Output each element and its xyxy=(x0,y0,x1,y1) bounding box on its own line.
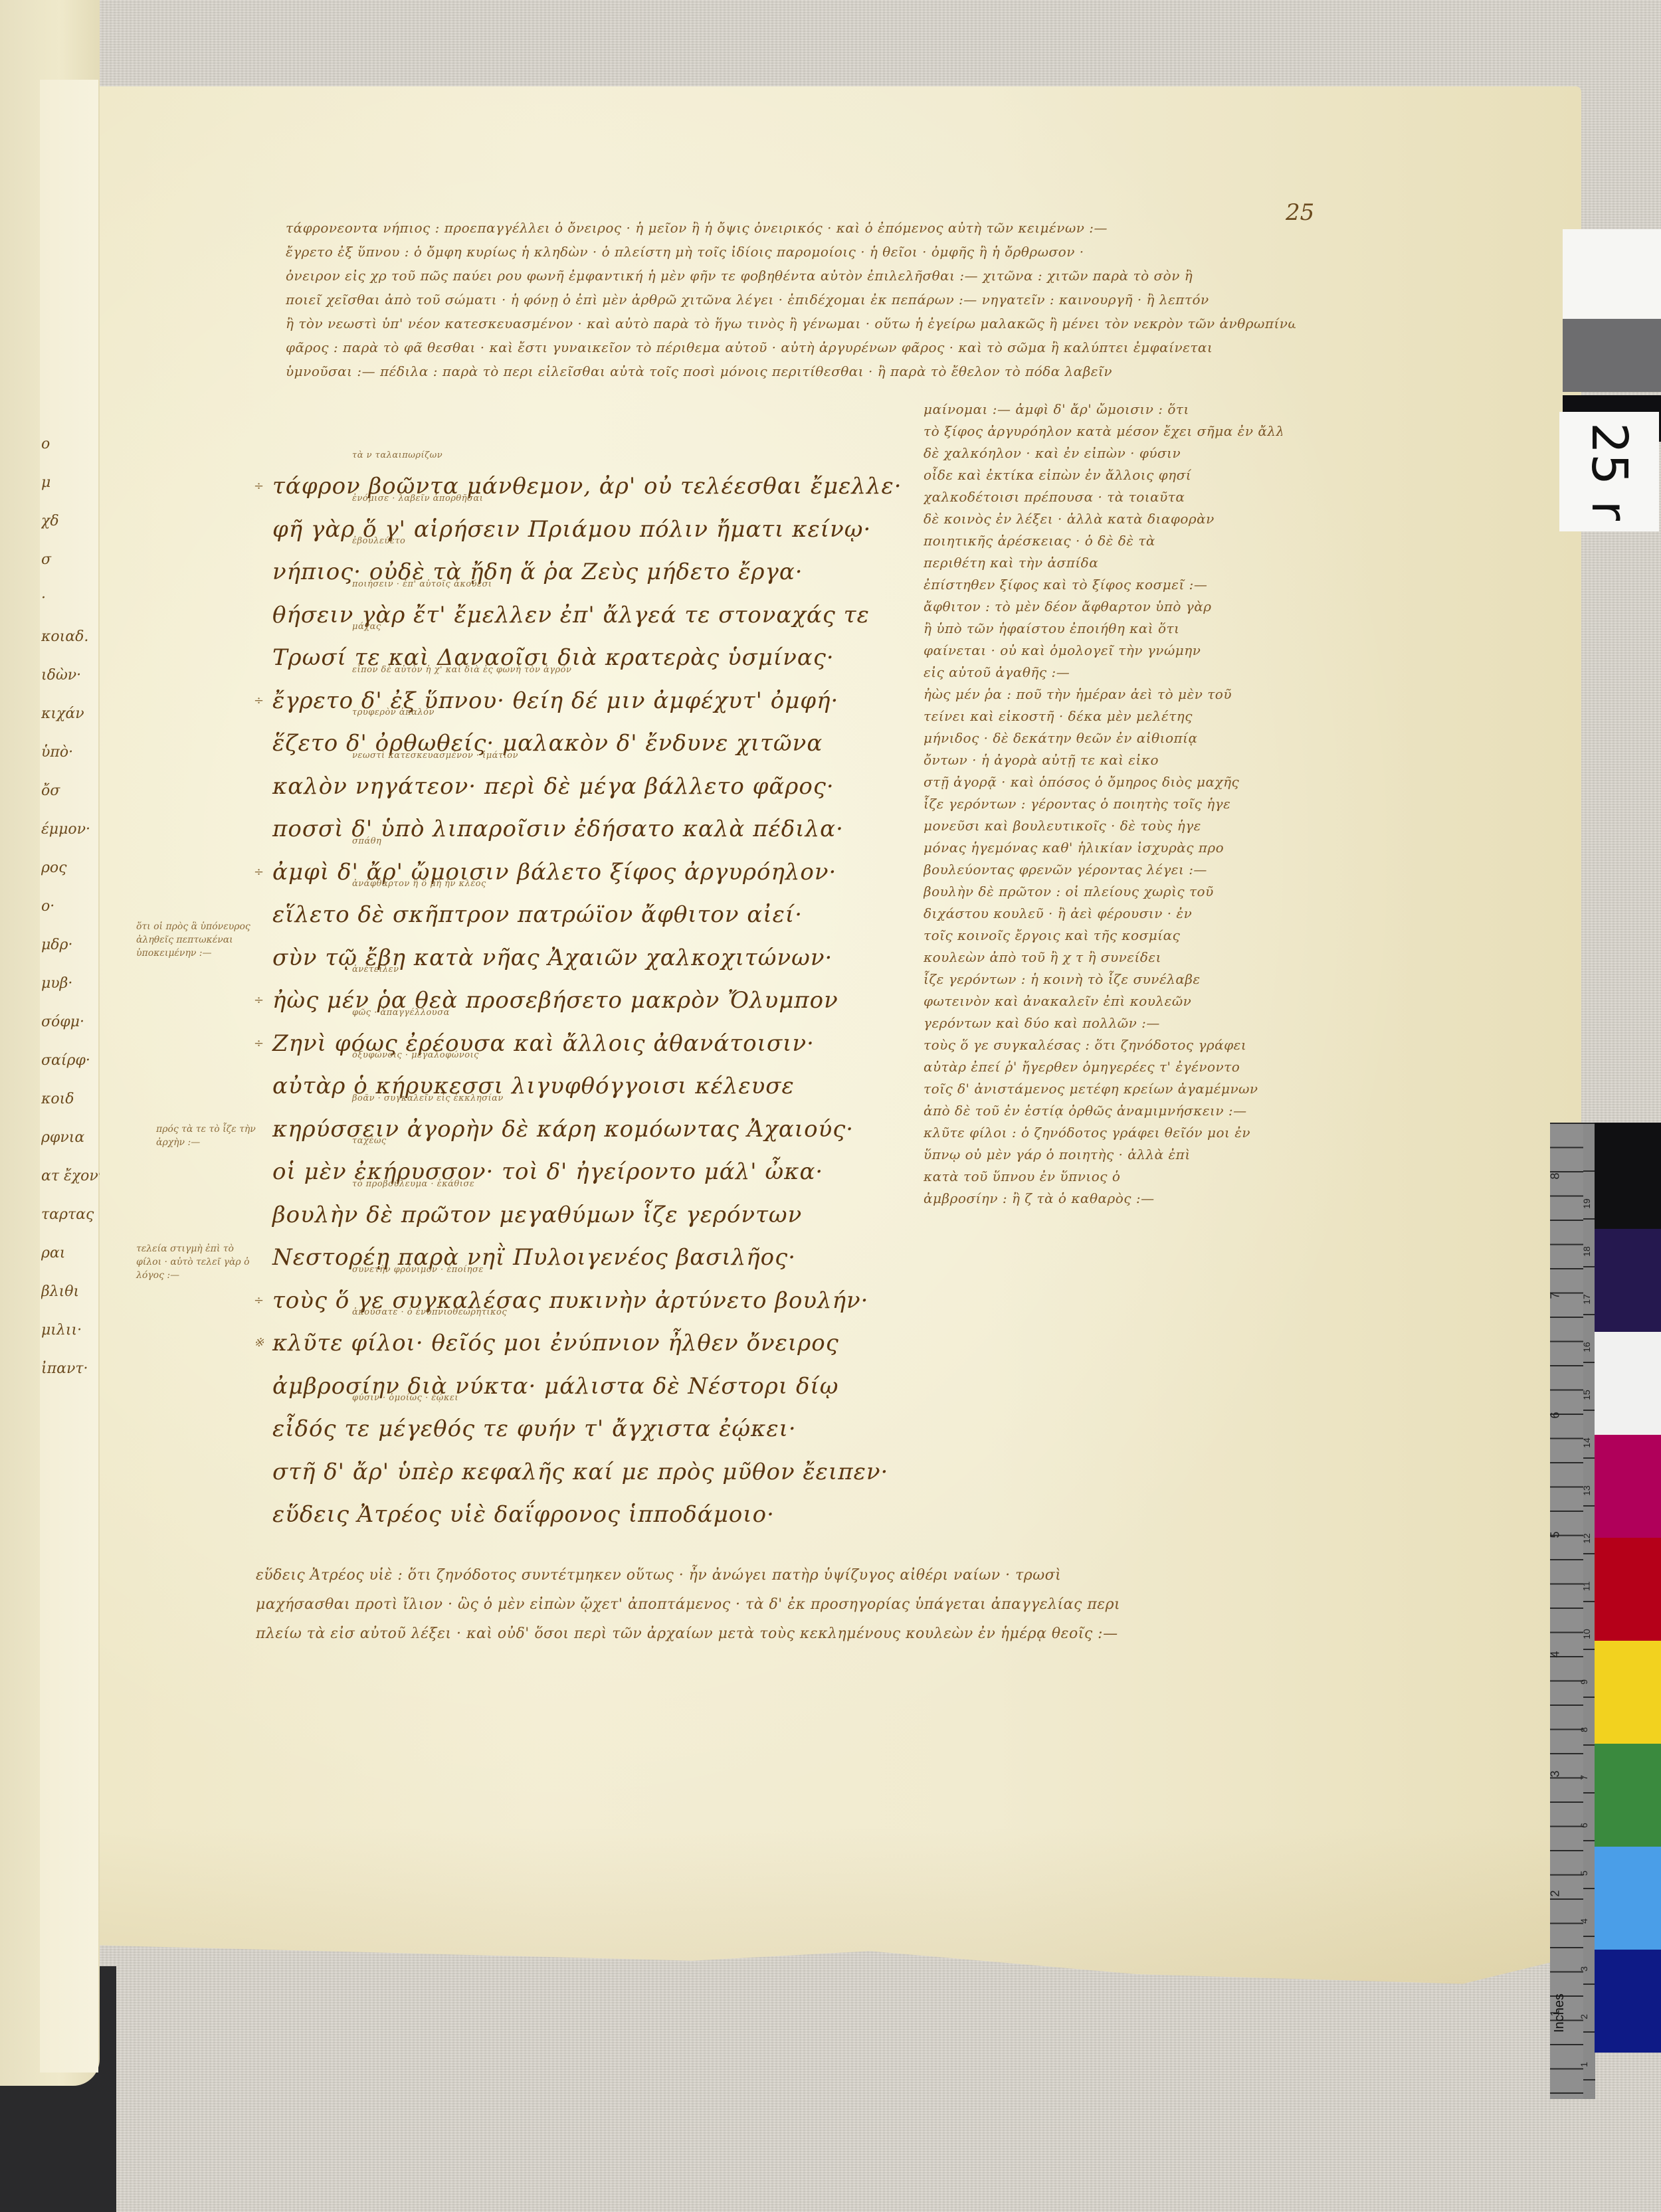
ruler-inch-label: 3 xyxy=(1549,1770,1563,1777)
scholion-line: εὕδεις Ἀτρέος υἱὲ : ὅτι ζηνόδοτος συντέτ… xyxy=(256,1561,1299,1590)
facing-page-fragment: ραι xyxy=(41,1234,101,1273)
color-target-top xyxy=(1563,229,1661,442)
scholion-line: μήνιδος · δὲ δεκάτην θεῶν ἐν αἰθιοπίᾳ xyxy=(924,727,1282,749)
verse-text: εἵλετο δὲ σκῆπτρον πατρώϊον ἄφθιτον αἰεί… xyxy=(272,901,803,928)
ruler-cm-label: 19 xyxy=(1581,1198,1592,1209)
scholion-line: φωτεινὸν καὶ ἀνακαλεῖν ἐπὶ κουλεῶν xyxy=(924,990,1282,1012)
color-patch-purple xyxy=(1595,1229,1661,1332)
color-patch-red xyxy=(1595,1538,1661,1641)
scholion-line: μαίνομαι :— ἀμφὶ δ' ἄρ' ὤμοισιν : ὅτι xyxy=(924,399,1282,420)
scholion-line: ἢ τὸν νεωστὶ ὑπ' νέον κατεσκευασμένον · … xyxy=(286,312,1296,335)
facing-page-fragment: ο· xyxy=(41,887,101,926)
interlinear-gloss: ὀξυφώνοις · μεγαλοφώνοις xyxy=(352,1050,479,1061)
facing-page-fragment: ρος xyxy=(41,849,101,887)
scholion-line: φᾶρος : παρὰ τὸ φᾶ θεσθαι · καὶ ἔστι γυν… xyxy=(286,335,1296,359)
verse-line: στῆ δ' ἄρ' ὑπὲρ κεφαλῆς καί με πρὸς μῦθο… xyxy=(272,1451,924,1494)
color-target-bottom xyxy=(1595,1123,1661,2053)
ruler-cm-label: 10 xyxy=(1581,1629,1592,1639)
facing-page-fragment: ὑπὸ· xyxy=(41,733,101,772)
facing-page-fragment: μιλιι· xyxy=(41,1311,101,1350)
scholion-line: βουλεύοντας φρενῶν γέροντας λέγει :— xyxy=(924,859,1282,881)
margin-note-1: ὅτι οἱ πρὸς ἃ ὑπόνευρος ἀληθεῖς πεπτωκέν… xyxy=(136,920,262,960)
color-patch-blue xyxy=(1595,1950,1661,2053)
verse-text: καλὸν νηγάτεον· περὶ δὲ μέγα βάλλετο φᾶρ… xyxy=(272,773,834,800)
ruler-cm-label: 18 xyxy=(1581,1246,1592,1257)
scholion-line: τάφρονεοντα νήπιος : προεπαγγέλλει ὁ ὄνε… xyxy=(286,216,1296,240)
homeric-text-block: τάφρον βοῶντα μάνθεμον, ἀρ' οὐ τελέεσθαι… xyxy=(272,465,924,1536)
verse-text: κλῦτε φίλοι· θεῖός μοι ἐνύπνιον ἦλθεν ὄν… xyxy=(272,1330,839,1356)
interlinear-gloss: φύσιν · ὁμοίως · ἐῴκει xyxy=(352,1393,458,1404)
scholion-line: φαίνεται · οὐ καὶ ὁμολογεῖ τὴν γνώμην xyxy=(924,640,1282,662)
ruler-inch-label: 8 xyxy=(1549,1172,1563,1179)
scholion-line: ἷζε γερόντων : γέροντας ὁ ποιητὴς τοῖς ἡ… xyxy=(924,793,1282,815)
facing-page-fragment: βλιθι xyxy=(41,1273,101,1311)
critical-sign-icon: ÷ xyxy=(254,851,264,893)
scholion-line: πλείω τὰ εἰσ αὐτοῦ λέξει · καὶ οὐδ' ὅσοι… xyxy=(256,1619,1299,1649)
facing-page-fragment: έμμον· xyxy=(41,810,101,849)
interlinear-gloss: ἀνέτειλεν xyxy=(352,965,399,975)
color-patch-magenta xyxy=(1595,1435,1661,1538)
scholion-line: τοῖς κοινοῖς ἔργοις καὶ τῆς κοσμίας xyxy=(924,925,1282,947)
interlinear-gloss: ἀνάφθαρτον ἢ ὃ μὴ ἦν κλέος xyxy=(352,879,486,889)
verse-text: αὐτὰρ ὁ κήρυκεσσι λιγυφθόγγοισι κέλευσε xyxy=(272,1073,795,1099)
ruler-cm-label: 17 xyxy=(1581,1294,1592,1305)
scholion-line: ἷζε γερόντων : ἡ κοινὴ τὸ ἷζε συνέλαβε xyxy=(924,968,1282,990)
facing-page-fragment: ταρτας xyxy=(41,1196,101,1234)
facing-page-fragment: ιδὼν· xyxy=(41,656,101,695)
interlinear-gloss: ποιήσειν · ἐπ' αὐτοῖς ἀκούεσι xyxy=(352,579,492,590)
critical-sign-icon: ÷ xyxy=(254,979,264,1022)
scholion-line: μόνας ἡγεμόνας καθ' ἡλικίαν ἰσχυρὰς προ xyxy=(924,837,1282,859)
facing-page-text-fragments: ομχδσ·κοιαδ.ιδὼν·κιχάνὑπὸ·ὄσέμμον·ροςο·μ… xyxy=(41,425,101,1388)
ruler-cm-label: 5 xyxy=(1579,1871,1589,1876)
scholion-line: κλῦτε φίλοι : ὁ ζηνόδοτος γράφει θεῖόν μ… xyxy=(924,1122,1282,1144)
color-patch-gray xyxy=(1563,319,1661,392)
color-patch-black xyxy=(1595,1123,1661,1229)
verse-line: εἵλετο δὲ σκῆπτρον πατρώϊον ἄφθιτον αἰεί… xyxy=(272,893,924,937)
interlinear-gloss: φῶς · ἀπαγγέλλουσα xyxy=(352,1008,450,1018)
verse-text: Νεστορέῃ παρὰ νηῒ Πυλοιγενέος βασιλῆος· xyxy=(272,1244,796,1271)
verse-line: βουλὴν δὲ πρῶτον μεγαθύμων ἷζε γερόντωντ… xyxy=(272,1194,924,1237)
facing-page-fragment: ρφνια xyxy=(41,1119,101,1157)
verse-text: εὕδεις Ἀτρέος υἱὲ δαΐφρονος ἱπποδάμοιο· xyxy=(272,1501,775,1528)
margin-note-2: πρός τὰ τε τὸ ἷζε τὴν ἀρχὴν :— xyxy=(156,1123,269,1149)
facing-page-fragment: ο xyxy=(41,425,101,464)
scholion-line: δὲ χαλκόηλον · καὶ ἐν εἰπὼν · φύσιν xyxy=(924,442,1282,464)
scholion-line: τείνει καὶ εἰκοστῆ · δέκα μὲν μελέτης xyxy=(924,705,1282,727)
ruler-cm-label: 7 xyxy=(1579,1775,1589,1780)
scholion-line: μαχήσασθαι προτὶ ἴλιον · ὣς ὁ μὲν εἰπὼν … xyxy=(256,1590,1299,1619)
facing-page-fragment: ἰπαντ· xyxy=(41,1350,101,1388)
interlinear-gloss: τὸ προβούλευμα · ἐκάθισε xyxy=(352,1179,474,1190)
scholion-line: κουλεὼν ἀπὸ τοῦ ἢ χ τ ἢ συνείδει xyxy=(924,947,1282,968)
interlinear-gloss: συνετὴν φρόνιμον · ἐποίησε xyxy=(352,1265,484,1275)
verse-line: εἶδός τε μέγεθός τε φυήν τ' ἄγχιστα ἐῴκε… xyxy=(272,1408,924,1451)
facing-page-fragment: · xyxy=(41,579,101,618)
ruler-inch-label: 4 xyxy=(1549,1651,1563,1657)
facing-page-fragment: μ xyxy=(41,464,101,502)
facing-page-fragment: ὄσ xyxy=(41,772,101,810)
facing-page-fragment: μυβ· xyxy=(41,965,101,1003)
scholion-line: ὄντων · ἡ ἀγορὰ αὐτῇ τε καὶ εἰκο xyxy=(924,749,1282,771)
ruler-cm-label: 8 xyxy=(1579,1727,1589,1732)
scholion-line: διχάστου κουλεῦ · ἢ ἀεὶ φέρουσιν · ἐν xyxy=(924,903,1282,925)
critical-sign-icon: ÷ xyxy=(254,1022,264,1065)
scholion-line: ἄφθιτον : τὸ μὲν δέον ἄφθαρτον ὑπὸ γὰρ xyxy=(924,596,1282,618)
facing-page-fragment: κιχάν xyxy=(41,695,101,733)
ruler-cm-label: 3 xyxy=(1579,1966,1589,1972)
critical-sign-icon: ÷ xyxy=(254,465,264,507)
ruler-cm-label: 4 xyxy=(1579,1918,1589,1924)
scholia-bottom-block: εὕδεις Ἀτρέος υἱὲ : ὅτι ζηνόδοτος συντέτ… xyxy=(256,1561,1299,1649)
scholion-line: τὸ ξίφος ἀργυρόηλον κατὰ μέσον ἔχει σῆμα… xyxy=(924,420,1282,442)
interlinear-gloss: ταχέως xyxy=(352,1136,387,1147)
color-patch-white xyxy=(1563,229,1661,319)
ruler-inch-label: 1 xyxy=(1549,2009,1563,2016)
ruler-cm-label: 14 xyxy=(1581,1437,1592,1448)
color-patch-green xyxy=(1595,1744,1661,1847)
scholion-line: ἀπὸ δὲ τοῦ ἐν ἑστίᾳ ὀρθῶς ἀναμιμνήσκειν … xyxy=(924,1100,1282,1122)
scholion-line: ἢ ὑπὸ τῶν ἡφαίστου ἐποιήθη καὶ ὅτι xyxy=(924,618,1282,640)
interlinear-gloss: σπάθη xyxy=(352,836,381,847)
ruler-cm-label: 2 xyxy=(1579,2014,1589,2019)
scholion-line: ὑμνοῦσαι :— πέδιλα : παρὰ τὸ περι εἰλεῖσ… xyxy=(286,359,1296,383)
interlinear-gloss: βοᾶν · συγκαλεῖν εἰς ἐκκλησίαν xyxy=(352,1093,504,1104)
scholion-line: χαλκοδέτοισι πρέπουσα · τὰ τοιαῦτα xyxy=(924,486,1282,508)
ruler-cm-label: 6 xyxy=(1579,1823,1589,1828)
ruler-inch-label: 7 xyxy=(1549,1292,1563,1299)
scholion-line: βουλὴν δὲ πρῶτον : οἱ πλείους χωρὶς τοῦ xyxy=(924,881,1282,903)
ruler-inch-label: 5 xyxy=(1549,1531,1563,1538)
scholion-line: τοῖς δ' ἀνιστάμενος μετέφη κρείων ἀγαμέμ… xyxy=(924,1078,1282,1100)
interlinear-gloss: ἐνόμισε · λαβεῖν ἀπορθῆσαι xyxy=(352,494,483,504)
scholion-line: εἰς αὐτοῦ ἀγαθῆς :— xyxy=(924,662,1282,684)
interlinear-gloss: μάχας xyxy=(352,622,381,632)
scholion-line: στῇ ἀγορᾷ · καὶ ὁπόσος ὁ ὄμηρος διὸς μαχ… xyxy=(924,771,1282,793)
ruler-cm-label: 11 xyxy=(1581,1582,1591,1592)
folio-label-card: 25 r xyxy=(1559,412,1659,531)
scholion-line: ἀμβροσίην : ἢ ζ τὰ ὁ καθαρὸς :— xyxy=(924,1188,1282,1210)
ruler-cm-label: 9 xyxy=(1579,1679,1589,1685)
facing-page-fragment: κοιαδ. xyxy=(41,618,101,656)
verse-text: βουλὴν δὲ πρῶτον μεγαθύμων ἷζε γερόντων xyxy=(272,1202,802,1228)
scholion-line: κατὰ τοῦ ὕπνου ἐν ὕπνιος ὁ xyxy=(924,1166,1282,1188)
interlinear-gloss: ἀκούσατε · ὁ ἐνυπνιοθεωρητικὸς xyxy=(352,1307,507,1318)
interlinear-gloss: ἐβουλεύετο xyxy=(352,536,405,547)
scholion-line: ἠὼς μέν ῥα : ποῦ τὴν ἡμέραν ἀεὶ τὸ μὲν τ… xyxy=(924,684,1282,705)
inch-ruler xyxy=(1550,1123,1583,2099)
scholion-line: ὀνειρον εἰς χρ τοῦ πῶς παύει ρου φωνῆ ἐμ… xyxy=(286,264,1296,288)
scholion-line: μονεῦσι καὶ βουλευτικοῖς · δὲ τοὺς ἡγε xyxy=(924,815,1282,837)
folio-label: 25 r xyxy=(1581,422,1638,521)
critical-sign-icon: ÷ xyxy=(254,680,264,722)
color-patch-yellow xyxy=(1595,1641,1661,1744)
scholion-line: ὕπνῳ οὐ μὲν γάρ ὁ ποιητὴς · ἀλλὰ ἐπὶ xyxy=(924,1144,1282,1166)
facing-page-fragment: χδ xyxy=(41,502,101,541)
facing-page-fragment: σόφμ· xyxy=(41,1003,101,1042)
verse-text: εἶδός τε μέγεθός τε φυήν τ' ἄγχιστα ἐῴκε… xyxy=(272,1416,797,1442)
scholion-line: ποιητικῆς ἀρέσκειας · ὁ δὲ δὲ τὰ xyxy=(924,530,1282,552)
verse-line: καλὸν νηγάτεον· περὶ δὲ μέγα βάλλετο φᾶρ… xyxy=(272,765,924,808)
scholion-line: γερόντων καὶ δύο καὶ πολλῶν :— xyxy=(924,1012,1282,1034)
scholion-line: ποιεῖ χεῖσθαι ἀπὸ τοῦ σώματι · ἡ φόνῃ ὁ … xyxy=(286,288,1296,312)
ruler-inch-label: 6 xyxy=(1549,1412,1563,1418)
scholia-top-block: τάφρονεοντα νήπιος : προεπαγγέλλει ὁ ὄνε… xyxy=(286,216,1296,383)
verse-text: στῆ δ' ἄρ' ὑπὲρ κεφαλῆς καί με πρὸς μῦθο… xyxy=(272,1459,888,1485)
critical-sign-icon: ÷ xyxy=(254,1279,264,1322)
verse-line: κλῦτε φίλοι· θεῖός μοι ἐνύπνιον ἦλθεν ὄν… xyxy=(272,1322,924,1365)
ruler-cm-label: 13 xyxy=(1581,1485,1592,1496)
ruler-cm-label: 1 xyxy=(1579,2062,1589,2067)
scholion-line: αὐτὰρ ἐπεί ῥ' ἤγερθεν ὁμηγερέες τ' ἐγένο… xyxy=(924,1056,1282,1078)
interlinear-gloss: νεωστὶ κατεσκευασμένον · ἱμάτιον xyxy=(352,751,518,761)
verse-line: εὕδεις Ἀτρέος υἱὲ δαΐφρονος ἱπποδάμοιο· xyxy=(272,1493,924,1536)
scholion-line: περιθέτη καὶ τὴν ἀσπίδα xyxy=(924,552,1282,574)
scholion-line: τοὺς ὅ γε συγκαλέσας : ὅτι ζηνόδοτος γρά… xyxy=(924,1034,1282,1056)
interlinear-gloss: τρυφερὸν ἁπαλόν xyxy=(352,707,435,718)
ruler-inch-label: 2 xyxy=(1549,1890,1563,1896)
interlinear-gloss: τὰ ν ταλαιπωρίζων xyxy=(352,450,442,461)
facing-page-fragment: σ xyxy=(41,541,101,579)
critical-sign-icon: ※ xyxy=(254,1322,264,1364)
interlinear-gloss: εἶπον δὲ αὐτὸν ἡ χ' καὶ διὰ ἐς φωνὴ τὸν … xyxy=(352,665,571,676)
color-patch-cyan xyxy=(1595,1847,1661,1950)
facing-page-fragment: ατ ἔχοντο xyxy=(41,1157,101,1196)
ruler-cm-label: 12 xyxy=(1581,1533,1592,1544)
scholion-line: δὲ κοινὸς ἐν λέξει · ἀλλὰ κατὰ διαφορὰν xyxy=(924,508,1282,530)
facing-page-fragment: μδρ· xyxy=(41,926,101,965)
scholia-right-column: μαίνομαι :— ἀμφὶ δ' ἄρ' ὤμοισιν : ὅτιτὸ … xyxy=(924,399,1282,1210)
scholion-line: ἔγρετο ἐξ ὕπνου : ὁ ὄμφη κυρίως ἡ κληδὼν… xyxy=(286,240,1296,264)
margin-note-3: τελεία στιγμὴ ἐπὶ τὸ φίλοι · αὐτὸ τελεῖ … xyxy=(136,1242,256,1282)
facing-page-fragment: σαίρφ· xyxy=(41,1042,101,1080)
facing-page-fragment: κοιδ xyxy=(41,1080,101,1119)
cm-ruler xyxy=(1583,1123,1595,2099)
scholion-line: οἶδε καὶ ἐκτίκα εἰπὼν ἐν ἄλλοις φησί xyxy=(924,464,1282,486)
ruler-cm-label: 16 xyxy=(1581,1342,1592,1352)
scholion-line: ἐπίστηθεν ξίφος καὶ τὸ ξίφος κοσμεῖ :— xyxy=(924,574,1282,596)
color-patch-white xyxy=(1595,1332,1661,1435)
ruler-cm-label: 15 xyxy=(1581,1390,1592,1400)
